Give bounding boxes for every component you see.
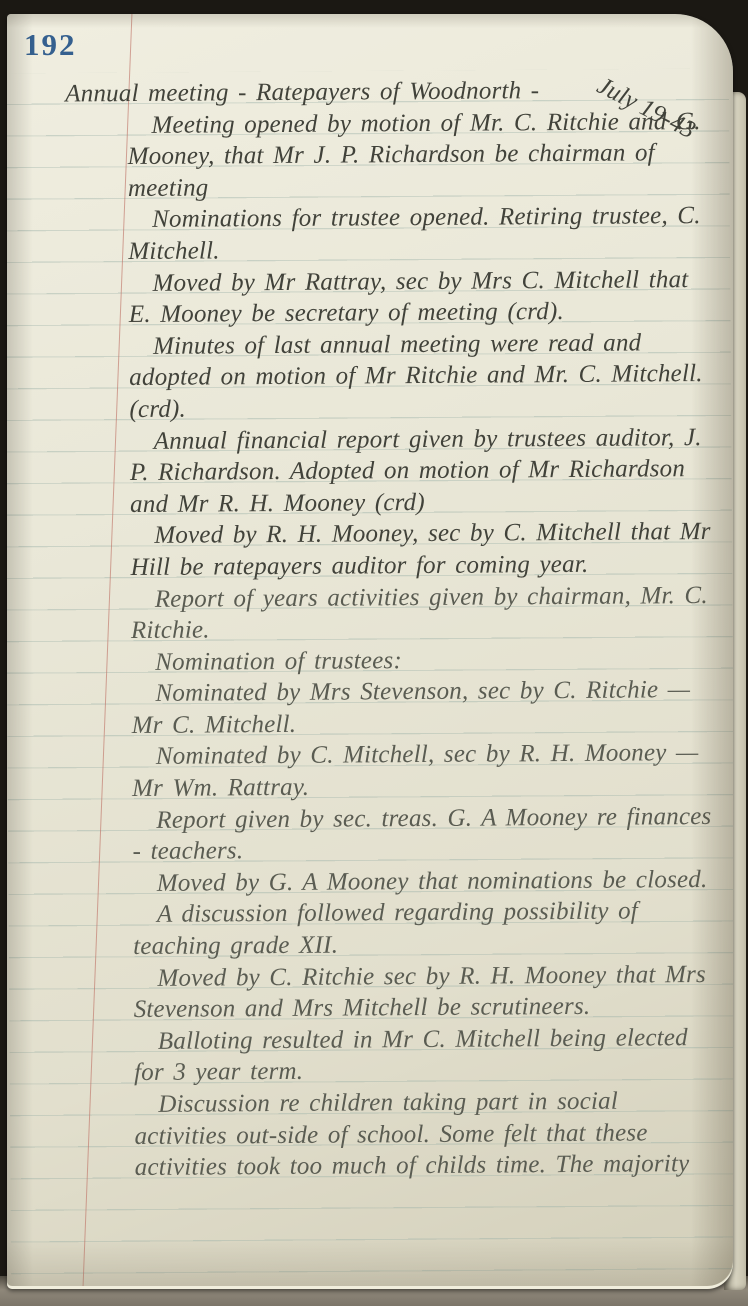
minutes-entry: Report given by sec. treas. G. A Mooney …	[132, 801, 714, 868]
minutes-entry: Moved by Mr Rattray, sec by Mrs C. Mitch…	[128, 264, 710, 331]
minutes-entry: Balloting resulted in Mr C. Mitchell bei…	[134, 1022, 716, 1089]
minutes-entry: Moved by R. H. Mooney, sec by C. Mitchel…	[130, 516, 712, 583]
ledger-page: 192 Annual meeting - Ratepayers of Woodn…	[7, 14, 733, 1289]
photo-background: 192 Annual meeting - Ratepayers of Woodn…	[0, 0, 748, 1306]
minutes-entry: Meeting opened by motion of Mr. C. Ritch…	[127, 106, 710, 205]
page-number: 192	[24, 27, 77, 63]
minutes-entry: Annual financial report given by trustee…	[130, 422, 713, 521]
minutes-entry: Discussion re children taking part in so…	[134, 1085, 717, 1184]
minutes-entry: Nominations for trustee opened. Retiring…	[128, 200, 710, 267]
minutes-entry: Moved by G. A Mooney that nominations be…	[133, 864, 715, 900]
minutes-text: Annual meeting - Ratepayers of Woodnorth…	[127, 74, 717, 1184]
minutes-entry: Nominated by C. Mitchell, sec by R. H. M…	[132, 737, 714, 804]
minutes-entry: Nominated by Mrs Stevenson, sec by C. Ri…	[131, 674, 713, 741]
minutes-entry: Minutes of last annual meeting were read…	[129, 327, 712, 426]
minutes-entry: Report of years activities given by chai…	[131, 579, 713, 646]
minutes-entry: A discussion followed regarding possibil…	[133, 895, 715, 962]
minutes-entry: Nomination of trustees:	[131, 643, 713, 679]
minutes-entry: Moved by C. Ritchie sec by R. H. Mooney …	[133, 959, 715, 1026]
